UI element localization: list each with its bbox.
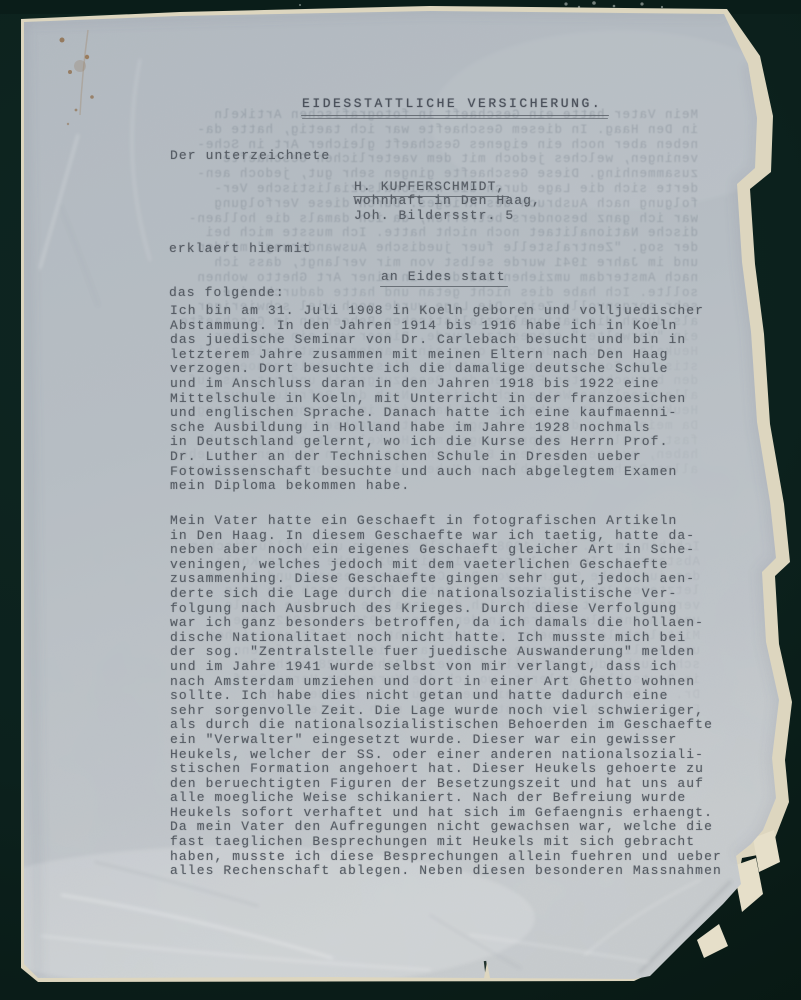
lead-in-line: das folgende: [169,286,285,301]
body-paragraph-2: Mein Vater hatte ein Geschaeft in fotogr… [170,514,722,879]
body-paragraph-1: Ich bin am 31. Juli 1908 in Koeln gebore… [170,304,704,494]
scanned-document: Mein Vater hatte ein Geschaeft in fotogr… [0,0,801,1000]
title-underline-2 [302,118,608,119]
document-title: EIDESSTATTLICHE VERSICHERUNG. [302,97,602,112]
oath-line: an Eides statt [381,270,506,285]
declaration-line: erklaert hiermit [169,242,311,257]
declarant-address-2: Joh. Bildersstr. 5 [354,209,514,224]
title-underline-1 [301,115,609,116]
declarant-address-1: wohnhaft in Den Haag, [354,194,541,209]
intro-line: Der unterzeichnete [170,149,330,164]
